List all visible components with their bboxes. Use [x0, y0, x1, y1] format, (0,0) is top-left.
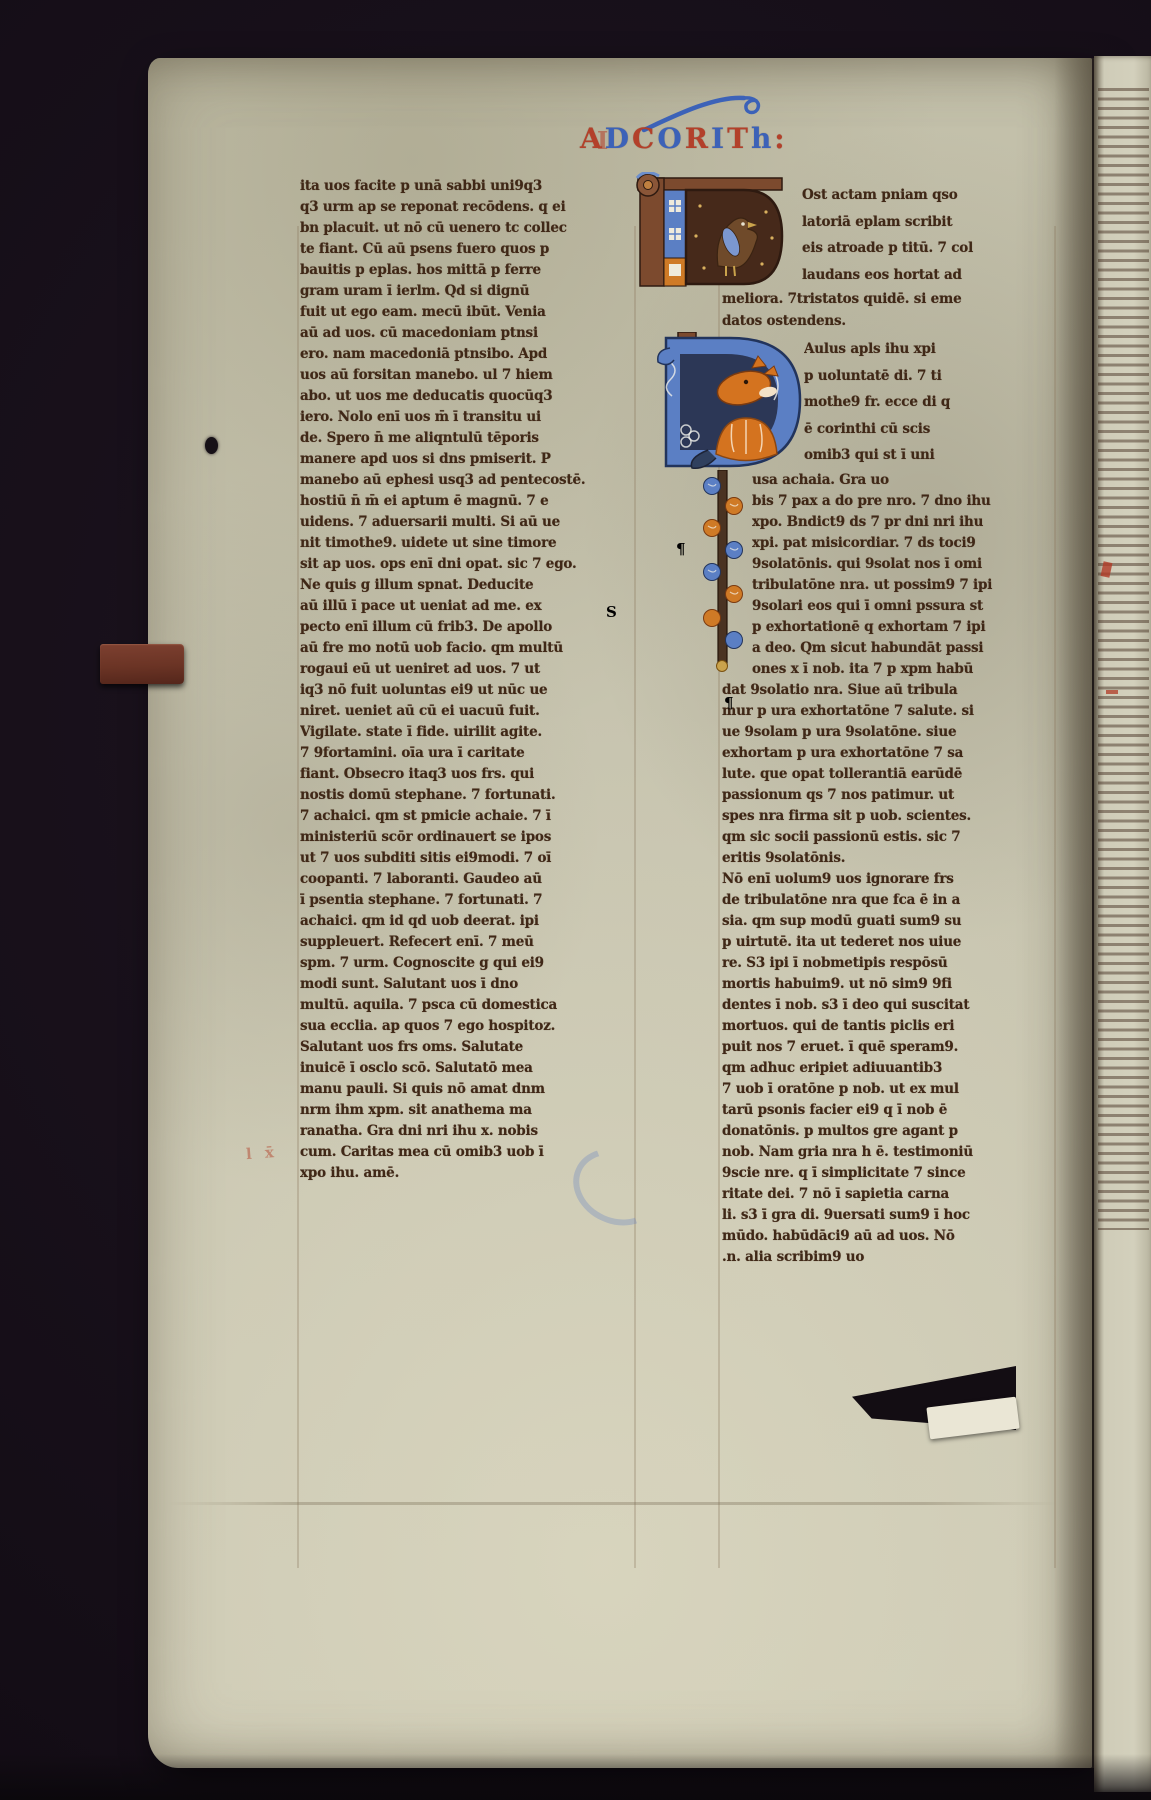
initial-descender-ornament	[700, 470, 746, 672]
running-title-letter: I	[711, 122, 727, 155]
text-line: ranatha. Gra dni nri ihu x. nobis	[300, 1121, 636, 1142]
text-line: 7 uob ī oratōne p nob. ut ex mul	[722, 1079, 1090, 1100]
text-line: 9solari eos qui ī omni pssura st	[752, 596, 1090, 617]
photo-vignette	[0, 1754, 1151, 1800]
text-line: 7 9fortamini. oīa ura ī caritate	[300, 743, 636, 764]
manuscript-page: I ADCORITh: ita uos facite p unā sabbi u…	[148, 58, 1092, 1768]
leather-bookmark-tab	[100, 644, 184, 684]
right-column-prologue-full: meliora. 7tristatos quidē. si emedatos o…	[722, 288, 1090, 332]
text-line: ī psentia stephane. 7 fortunati. 7	[300, 890, 636, 911]
running-title-letter: O	[657, 122, 684, 155]
text-line: ero. nam macedoniā ptnsibo. Apd	[300, 344, 636, 365]
running-title-letter: D	[605, 122, 632, 155]
text-line: dentes ī nob. s3 ī deo qui suscitat	[722, 995, 1090, 1016]
text-line: niret. ueniet aū cū ei uacuū fuit.	[300, 701, 636, 722]
text-line: sua ecclia. ap quos 7 ego hospitoz.	[300, 1016, 636, 1037]
text-line: a deo. Qm sicut habundāt passi	[752, 638, 1090, 659]
running-title: ADCORITh:	[580, 122, 788, 155]
text-line: ones x ī nob. ita 7 p xpm habū	[752, 659, 1090, 680]
text-line: lute. que opat tollerantiā earūdē	[722, 764, 1090, 785]
text-line: ita uos facite p unā sabbi uni9q3	[300, 176, 636, 197]
text-line: ritate dei. 7 nō ī sapietia carna	[722, 1184, 1090, 1205]
text-line: mothe9 fr. ecce di q	[804, 389, 1092, 416]
adjacent-folio-edge	[1094, 56, 1151, 1792]
text-line: uidens. 7 aduersarii multi. Si aū ue	[300, 512, 636, 533]
illuminated-initial-p-dragon-icon	[624, 332, 802, 472]
text-line: iero. Nolo enī uos m̄ ī transitu ui	[300, 407, 636, 428]
text-line: qm adhuc eripiet adiuuantib3	[722, 1058, 1090, 1079]
blue-paraph-mark: ¶	[724, 694, 734, 712]
text-line: passionum qs 7 nos patimur. ut	[722, 785, 1090, 806]
text-line: pecto enī illum cū frib3. De apollo	[300, 617, 636, 638]
text-line: spes nra firma sit p uob. scientes.	[722, 806, 1090, 827]
text-line: ue 9solam p ura 9solatōne. siue	[722, 722, 1090, 743]
text-line: sia. qm sup modū guati sum9 su	[722, 911, 1090, 932]
text-line: de tribulatōne nra que fca ē in a	[722, 890, 1090, 911]
text-line: mūdo. habūdāci9 aū ad uos. Nō	[722, 1226, 1090, 1247]
text-line: te fiant. Cū aū psens fuero quos p	[300, 239, 636, 260]
text-line: aū illū ī pace ut ueniat ad me. ex	[300, 596, 636, 617]
text-line: p uoluntatē di. 7 ti	[804, 363, 1092, 390]
text-line: sit ap uos. ops enī dni opat. sic 7 ego.	[300, 554, 636, 575]
text-line: suppleuert. Refecert enī. 7 meū	[300, 932, 636, 953]
text-line: usa achaia. Gra uo	[752, 470, 1090, 491]
illuminated-initial-p-bird-icon	[634, 172, 786, 288]
text-line: manu pauli. Si quis nō amat dnm	[300, 1079, 636, 1100]
text-line: qm sic socii passionū estis. sic 7	[722, 827, 1090, 848]
running-title-letter: T	[727, 122, 751, 155]
text-line: modi sunt. Salutant uos ī dno	[300, 974, 636, 995]
parchment-crease	[168, 1502, 1058, 1505]
text-line: p exhortationē q exhortam 7 ipi	[752, 617, 1090, 638]
text-line: gram uram ī ierlm. Qd si dignū	[300, 281, 636, 302]
right-column-prologue-beside-initial: Ost actam pniam qsolatoriā eplam scribit…	[802, 182, 1090, 288]
text-line: coopanti. 7 laboranti. Gaudeo aū	[300, 869, 636, 890]
text-line: hostiū n̄ m̄ ei aptum ē magnū. 7 e	[300, 491, 636, 512]
text-line: mortis habuim9. ut nō sim9 9fi	[722, 974, 1090, 995]
adjacent-folio-microtext	[1098, 88, 1149, 1230]
text-line: mortuos. qui de tantis piclis eri	[722, 1016, 1090, 1037]
right-column-epistle-full: dat 9solatio nra. Siue aū tribulamur p u…	[722, 680, 1090, 1268]
text-line: xpi. pat misicordiar. 7 ds toci9	[752, 533, 1090, 554]
text-line: de. Spero n̄ me aliqntulū tēporis	[300, 428, 636, 449]
text-line: 9scie nre. q ī simplicitate 7 since	[722, 1163, 1090, 1184]
text-line: Vigilate. state ī fide. uirilit agite.	[300, 722, 636, 743]
running-title-letter: h	[751, 122, 774, 155]
text-line: ut 7 uos subditi sitis ei9modi. 7 oī	[300, 848, 636, 869]
text-line: aū fre mo notū uob facio. qm multū	[300, 638, 636, 659]
right-column-epistle-beside-tail: usa achaia. Gra uobis 7 pax a do pre nro…	[752, 470, 1090, 680]
text-line: Ne quis g illum spnat. Deducite	[300, 575, 636, 596]
red-initial-mark: S	[606, 603, 617, 621]
text-line: bauitis p eplas. hos mittā p ferre	[300, 260, 636, 281]
text-line: spm. 7 urm. Cognoscite g qui ei9	[300, 953, 636, 974]
running-title-letter: C	[632, 122, 657, 155]
left-text-column: ita uos facite p unā sabbi uni9q3q3 urm …	[300, 176, 636, 1184]
text-line: Salutant uos frs oms. Salutate	[300, 1037, 636, 1058]
text-line: Aulus apls ihu xpi	[804, 336, 1092, 363]
text-line: aū ad uos. cū macedoniam ptnsi	[300, 323, 636, 344]
red-paraph-mark: ¶	[676, 540, 686, 558]
text-line: datos ostendens.	[722, 310, 1090, 332]
text-line: rogaui eū ut ueniret ad uos. 7 ut	[300, 659, 636, 680]
text-line: nob. Nam gria nra h ē. testimoniū	[722, 1142, 1090, 1163]
text-line: eritis 9solatōnis.	[722, 848, 1090, 869]
text-line: laudans eos hortat ad	[802, 262, 1090, 289]
text-line: 7 achaici. qm st pmicie achaie. 7 ī	[300, 806, 636, 827]
text-line: uos aū forsitan manebo. ul 7 hiem	[300, 365, 636, 386]
text-line: latoriā eplam scribit	[802, 209, 1090, 236]
text-line: mur p ura exhortatōne 7 salute. si	[722, 701, 1090, 722]
right-column-epistle-beside-initial: Aulus apls ihu xpip uoluntatē di. 7 timo…	[804, 336, 1092, 469]
text-line: manebo aū ephesi usq3 ad pentecostē.	[300, 470, 636, 491]
text-line: fiant. Obsecro itaq3 uos frs. qui	[300, 764, 636, 785]
faint-red-margin-note: l x̄	[245, 1143, 278, 1163]
text-line: nrm ihm xpm. sit anathema ma	[300, 1100, 636, 1121]
text-line: nostis domū stephane. 7 fortunati.	[300, 785, 636, 806]
text-line: bis 7 pax a do pre nro. 7 dno ihu	[752, 491, 1090, 512]
text-line: ē corinthi cū scis	[804, 416, 1092, 443]
text-line: xpo. Bndict9 ds 7 pr dni nri ihu	[752, 512, 1090, 533]
text-line: li. s3 ī gra di. 9uersati sum9 ī hoc	[722, 1205, 1090, 1226]
running-title-letter: A	[580, 122, 605, 155]
text-line: iq3 nō fuit uoluntas ei9 ut nūc ue	[300, 680, 636, 701]
running-title-letter: :	[774, 122, 787, 155]
running-title-letter: R	[685, 122, 711, 155]
text-line: .n. alia scribim9 uo	[722, 1247, 1090, 1268]
text-line: p uirtutē. ita ut tederet nos uiue	[722, 932, 1090, 953]
text-line: 9solatōnis. qui 9solat nos ī omi	[752, 554, 1090, 575]
text-line: achaici. qm id qd uob deerat. ipi	[300, 911, 636, 932]
text-line: exhortam p ura exhortatōne 7 sa	[722, 743, 1090, 764]
text-line: abo. ut uos me deducatis quocūq3	[300, 386, 636, 407]
text-line: Nō enī uolum9 uos ignorare frs	[722, 869, 1090, 890]
text-line: Ost actam pniam qso	[802, 182, 1090, 209]
text-line: manere apd uos si dns pmiserit. P	[300, 449, 636, 470]
wormhole-spot	[205, 437, 218, 454]
text-line: ministeriū scōr ordinauert se ipos	[300, 827, 636, 848]
text-line: dat 9solatio nra. Siue aū tribula	[722, 680, 1090, 701]
text-line: tarū psonis facier ei9 q ī nob ē	[722, 1100, 1090, 1121]
manuscript-photo: I ADCORITh: ita uos facite p unā sabbi u…	[0, 0, 1151, 1800]
text-line: omib3 qui st ī uni	[804, 442, 1092, 469]
ruling-line	[297, 226, 299, 1568]
text-line: q3 urm ap se reponat recōdens. q ei	[300, 197, 636, 218]
adjacent-folio-red-rubric	[1106, 690, 1118, 694]
text-line: eis atroade p titū. 7 col	[802, 235, 1090, 262]
text-line: re. S3 ipi ī nobmetipis respōsū	[722, 953, 1090, 974]
text-line: donatōnis. p multos gre agant p	[722, 1121, 1090, 1142]
text-line: meliora. 7tristatos quidē. si eme	[722, 288, 1090, 310]
text-line: fuit ut ego eam. mecū ibūt. Venia	[300, 302, 636, 323]
text-line: nit timothe9. uidete ut sine timore	[300, 533, 636, 554]
gutter-shadow	[1054, 58, 1094, 1768]
text-line: inuicē ī osclo scō. Salutatō mea	[300, 1058, 636, 1079]
text-line: multū. aquila. 7 psca cū domestica	[300, 995, 636, 1016]
text-line: puit nos 7 eruet. ī quē speram9.	[722, 1037, 1090, 1058]
text-line: tribulatōne nra. ut possim9 7 ipi	[752, 575, 1090, 596]
text-line: bn placuit. ut nō cū uenero tc collec	[300, 218, 636, 239]
